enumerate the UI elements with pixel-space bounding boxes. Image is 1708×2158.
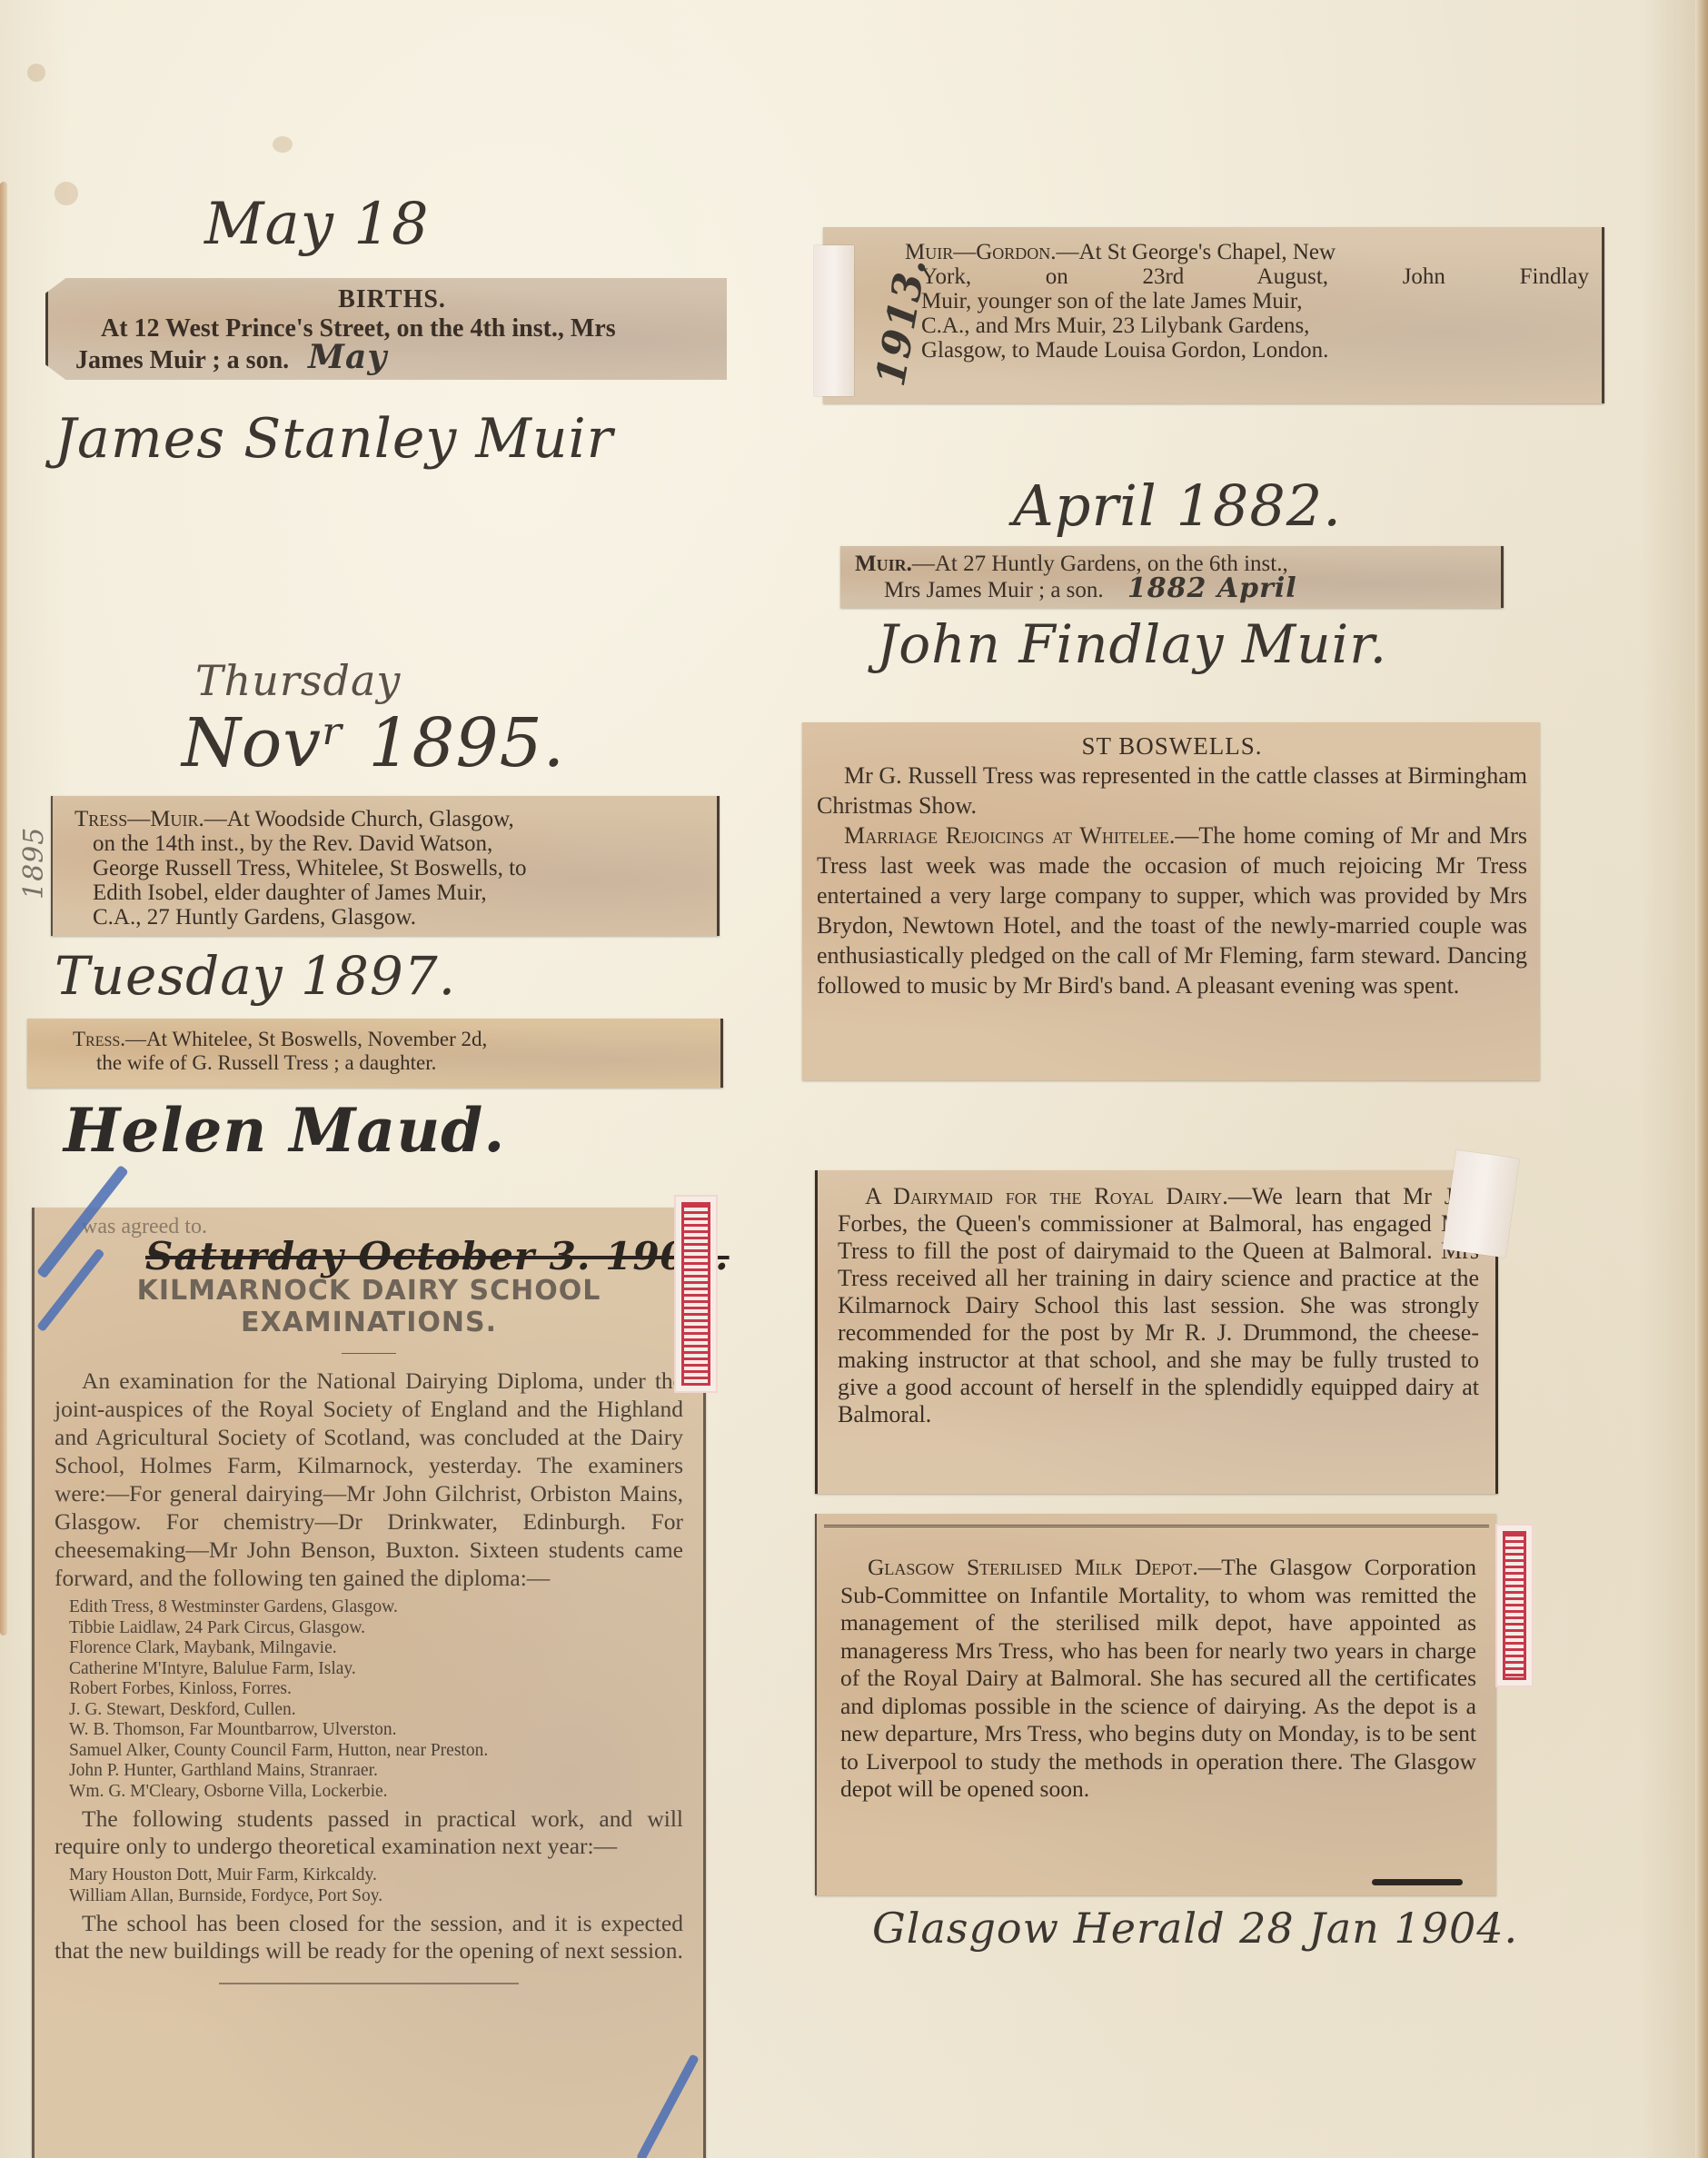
kilmarnock-handwritten-date: Saturday October 3. 1903. [145, 1234, 683, 1278]
handwritten-glasgow-herald-date: Glasgow Herald 28 Jan 1904. [872, 1904, 1518, 1953]
handwritten-nov-1895: Novʳ 1895. [182, 704, 565, 782]
handwritten-james-stanley-muir: James Stanley Muir [55, 407, 613, 471]
clipping-tress-birth: Tress.—At Whitelee, St Boswells, Novembe… [27, 1019, 723, 1088]
list-item: John P. Hunter, Garthland Mains, Stranra… [69, 1761, 683, 1782]
foxing-spot [55, 182, 78, 205]
st-boswells-para-2: —The home coming of Mr and Mrs Tress las… [817, 822, 1527, 999]
clipping-muir-gordon-marriage: Muir—Gordon.—At St George's Chapel, New … [823, 227, 1604, 403]
st-boswells-para-2-lead: Marriage Rejoicings at Whitelee. [844, 822, 1175, 849]
muir-gordon-line: —At St George's Chapel, New [1057, 240, 1336, 264]
list-item: J. G. Stewart, Deskford, Cullen. [69, 1700, 683, 1721]
red-ruled-hinge-strip [1495, 1524, 1534, 1687]
kilmarnock-para-3: The school has been closed for the sessi… [55, 1910, 683, 1964]
foxing-spot [27, 64, 45, 82]
handwritten-john-findlay-muir: John Findlay Muir. [877, 613, 1387, 675]
page-left-edge [0, 182, 7, 1636]
dairymaid-body: —We learn that Mr Jas. Forbes, the Queen… [838, 1183, 1479, 1427]
scrapbook-page: May 18 BIRTHS. At 12 West Prince's Stree… [0, 0, 1708, 2158]
list-item: Samuel Alker, County Council Farm, Hutto… [69, 1741, 683, 1762]
handwritten-helen-maud: Helen Maud. [64, 1095, 505, 1166]
list-item: William Allan, Burnside, Fordyce, Port S… [69, 1886, 683, 1907]
list-item: Florence Clark, Maybank, Milngavie. [69, 1638, 683, 1659]
tress-muir-line: —At Woodside Church, Glasgow, [204, 807, 514, 831]
kilmarnock-heading-2: EXAMINATIONS. [55, 1307, 683, 1338]
list-item: Robert Forbes, Kinloss, Forres. [69, 1679, 683, 1700]
tress-birth-line-1: —At Whitelee, St Boswells, November 2d, [125, 1028, 487, 1050]
foxing-spot [273, 136, 293, 153]
kilmarnock-practical-list: Mary Houston Dott, Muir Farm, Kirkcaldy.… [55, 1860, 683, 1910]
muir-gordon-line: York, on 23rd August, John Findlay [905, 264, 1589, 289]
handwritten-may-18: May 18 [204, 191, 430, 258]
tress-birth-line-2: the wife of G. Russell Tress ; a daughte… [73, 1051, 708, 1075]
handwritten-tuesday-1897: Tuesday 1897. [55, 945, 456, 1007]
handwritten-thursday: Thursday [195, 656, 401, 705]
handwritten-april-1882: April 1882. [1013, 472, 1342, 539]
clipping-glasgow-milk-depot: Glasgow Sterilised Milk Depot.—The Glasg… [815, 1514, 1496, 1895]
muir-huntly-lead: Muir. [855, 552, 912, 576]
muir-huntly-line-2: Mrs James Muir ; a son. [884, 578, 1104, 602]
paper-hinge [814, 245, 854, 396]
clipping-births: BIRTHS. At 12 West Prince's Street, on t… [45, 278, 727, 380]
muir-gordon-line: C.A., and Mrs Muir, 23 Lilybank Gardens, [905, 313, 1589, 338]
kilmarnock-heading-1: KILMARNOCK DAIRY SCHOOL [55, 1275, 683, 1307]
list-item: W. B. Thomson, Far Mountbarrow, Ulversto… [69, 1720, 683, 1741]
kilmarnock-diploma-list: Edith Tress, 8 Westminster Gardens, Glas… [55, 1592, 683, 1805]
kilmarnock-divider [342, 1353, 396, 1354]
clipping-st-boswells: ST BOSWELLS. Mr G. Russell Tress was rep… [802, 722, 1540, 1080]
list-item: Mary Houston Dott, Muir Farm, Kirkcaldy. [69, 1865, 683, 1886]
list-item: Edith Tress, 8 Westminster Gardens, Glas… [69, 1597, 683, 1618]
clipping-dairymaid-royal-dairy: A Dairymaid for the Royal Dairy.—We lear… [815, 1170, 1498, 1494]
milk-depot-lead: Glasgow Sterilised Milk Depot. [868, 1554, 1198, 1580]
st-boswells-heading: ST BOSWELLS. [817, 731, 1527, 761]
kilmarnock-para-1: An examination for the National Dairying… [55, 1367, 683, 1592]
muir-huntly-handwritten: 1882 April [1127, 572, 1297, 604]
kilmarnock-para-2: The following students passed in practic… [55, 1805, 683, 1860]
st-boswells-para-1: Mr G. Russell Tress was represented in t… [817, 761, 1527, 820]
clipping-tress-muir-marriage: Tress—Muir.—At Woodside Church, Glasgow,… [51, 796, 720, 936]
tress-muir-line: Edith Isobel, elder daughter of James Mu… [74, 880, 706, 905]
births-heading: BIRTHS. [75, 285, 709, 314]
tress-muir-line: on the 14th inst., by the Rev. David Wat… [74, 831, 706, 856]
dairymaid-lead: A Dairymaid for the Royal Dairy. [865, 1183, 1228, 1209]
red-ruled-hinge-strip [674, 1195, 718, 1393]
page-right-edge [1695, 0, 1708, 2158]
paper-hinge-torn [1443, 1150, 1520, 1258]
births-line-1: At 12 West Prince's Street, on the 4th i… [75, 314, 709, 343]
list-item: Tibbie Laidlaw, 24 Park Circus, Glasgow. [69, 1618, 683, 1639]
muir-gordon-line: Glasgow, to Maude Louisa Gordon, London. [905, 338, 1589, 363]
tress-muir-line: George Russell Tress, Whitelee, St Boswe… [74, 856, 706, 880]
kilmarnock-end-rule [219, 1983, 519, 1984]
list-item: Wm. G. M'Cleary, Osborne Villa, Lockerbi… [69, 1782, 683, 1803]
milk-depot-body: —The Glasgow Corporation Sub-Committee o… [840, 1554, 1476, 1802]
births-line-2: James Muir ; a son. [75, 346, 289, 374]
clipping-kilmarnock-dairy-school: was agreed to. Saturday October 3. 1903.… [32, 1208, 706, 2158]
births-handwritten-may: May [308, 338, 387, 376]
tress-birth-lead: Tress. [73, 1028, 125, 1050]
tress-muir-lead: Tress—Muir. [74, 807, 204, 831]
list-item: Catherine M'Intyre, Balulue Farm, Islay. [69, 1659, 683, 1680]
muir-gordon-line: Muir, younger son of the late James Muir… [905, 289, 1589, 313]
handwritten-margin-1895: 1895 [18, 827, 50, 900]
ink-underline-mark [1372, 1879, 1463, 1885]
milk-depot-top-rule [824, 1525, 1489, 1527]
clipping-muir-huntly-birth: Muir.—At 27 Huntly Gardens, on the 6th i… [840, 546, 1504, 608]
tress-muir-line: C.A., 27 Huntly Gardens, Glasgow. [74, 905, 706, 930]
